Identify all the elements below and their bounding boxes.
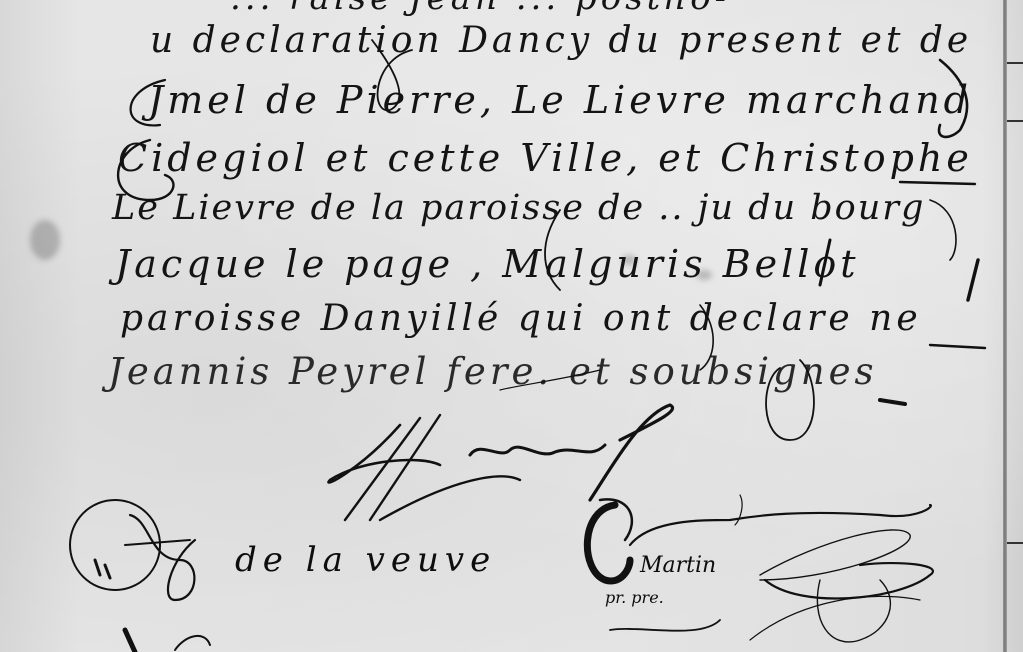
document-scan: ... raise Jean ... postho- u declaration… — [0, 0, 1023, 652]
partial-letter-bottom — [0, 0, 1023, 652]
